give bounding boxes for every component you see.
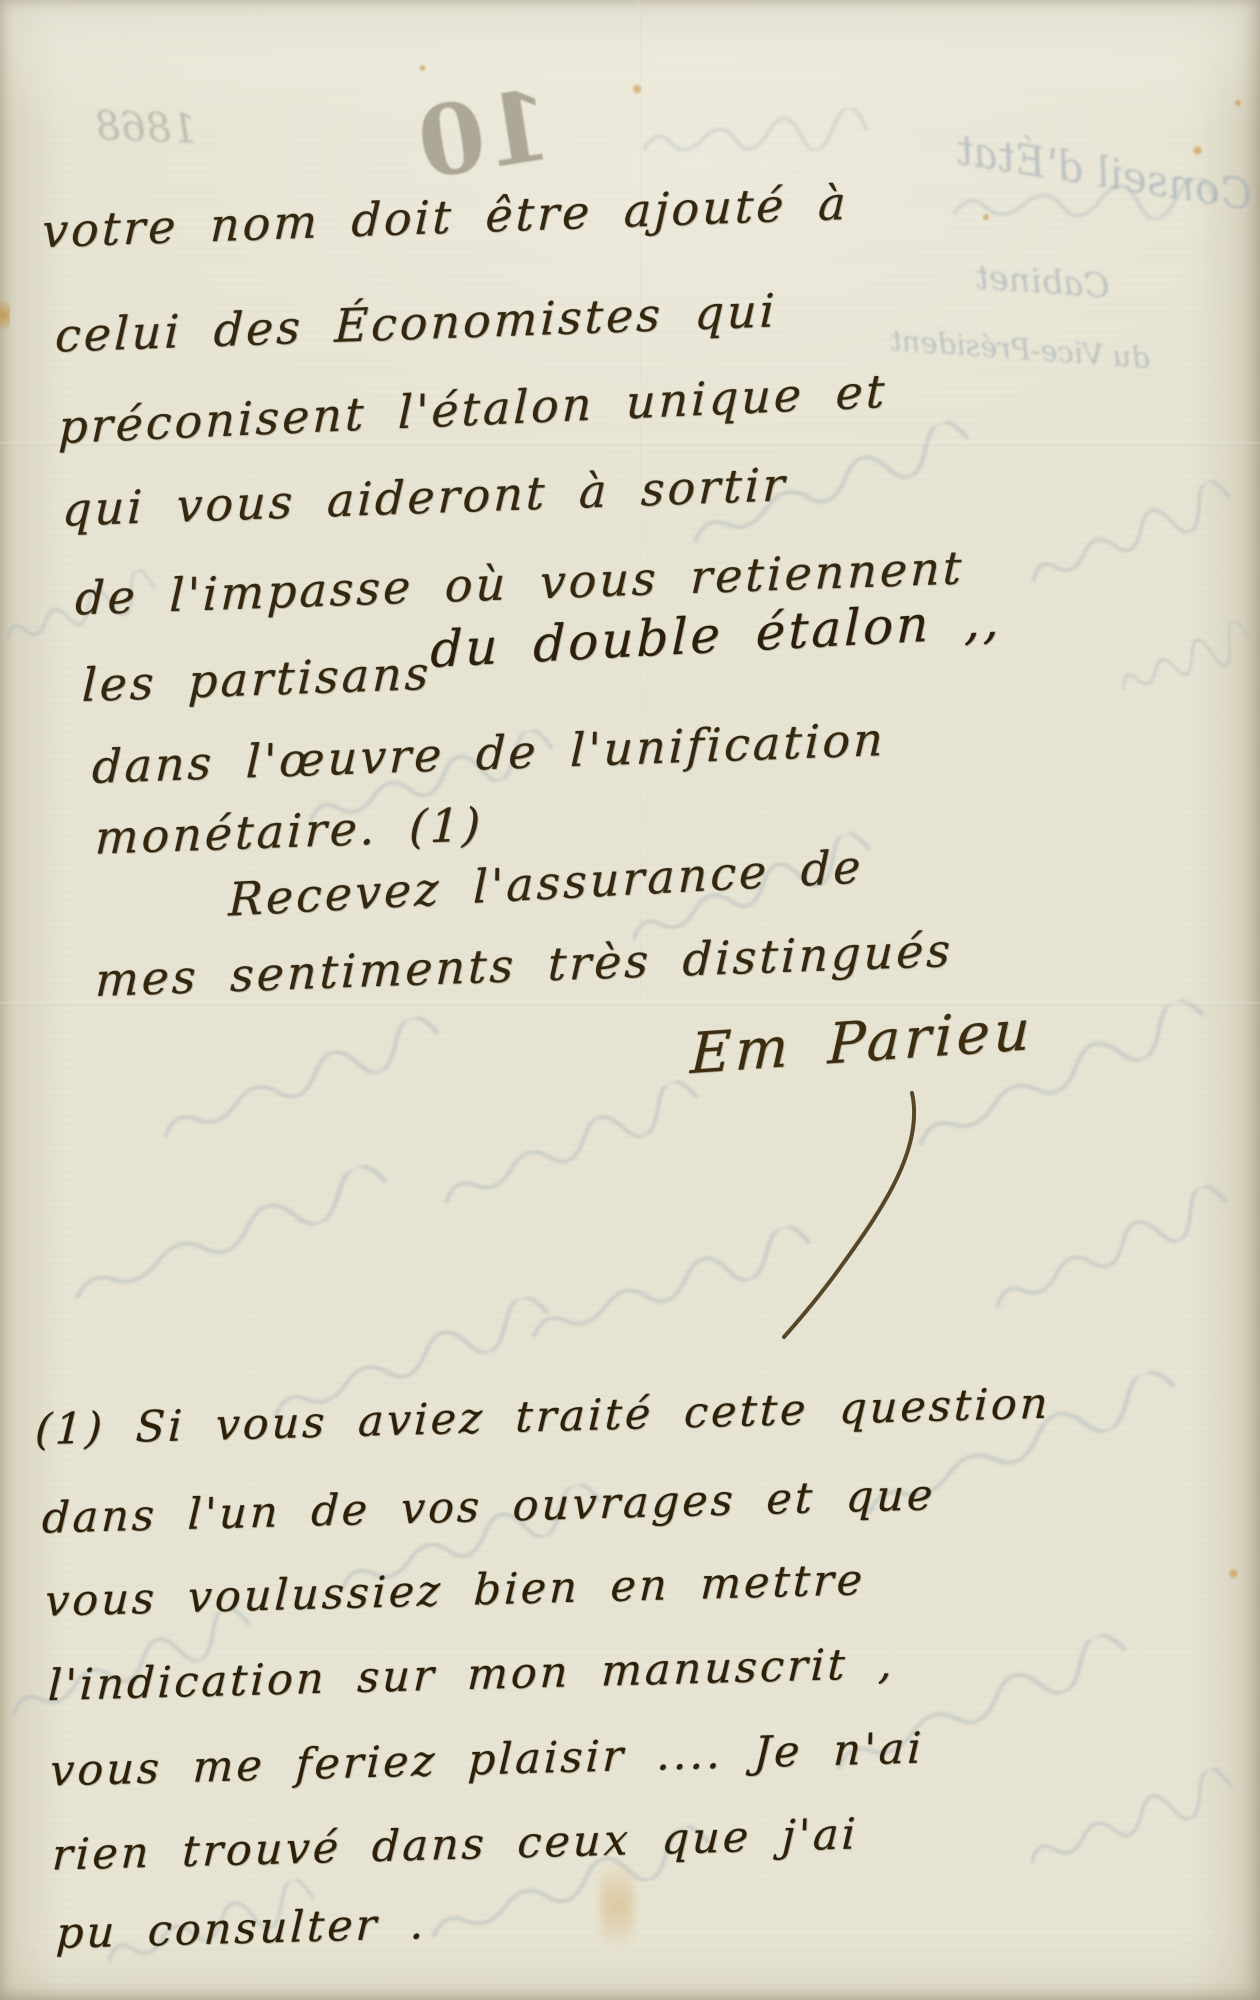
- handwritten-line: les partisans: [81, 646, 432, 712]
- bleed-through-stroke: [63, 1158, 396, 1312]
- bleed-through-stroke: [1021, 475, 1240, 595]
- handwritten-line: celui des Économistes qui: [54, 283, 778, 362]
- foxing-spot: [632, 83, 642, 95]
- postscript-line: pu consulter .: [55, 1899, 428, 1959]
- bleedthrough-letterhead-line3: du Vice-Président: [889, 323, 1151, 375]
- handwritten-line: monétaire. (1): [94, 797, 484, 865]
- handwritten-line: préconisent l'étalon unique et: [58, 364, 888, 454]
- bleed-through-stroke: [949, 177, 1220, 226]
- foxing-spot: [419, 64, 426, 72]
- bleed-through-stroke: [983, 1179, 1237, 1321]
- foxing-spot: [0, 295, 10, 335]
- foxing-spot: [1234, 99, 1242, 107]
- signature-flourish: [772, 1085, 922, 1345]
- foxing-spot: [1192, 145, 1203, 156]
- closing-line: mes sentiments très distingués: [94, 923, 954, 1007]
- bleed-through-stroke: [1020, 1764, 1240, 1877]
- bleed-through-stroke: [639, 107, 871, 163]
- postscript-line: vous voulussiez bien en mettre: [44, 1555, 866, 1627]
- foxing-spot: [1228, 1568, 1239, 1579]
- bleedthrough-letterhead-line2: Cabinet: [974, 257, 1111, 306]
- postscript-line: rien trouvé dans ceux que j'ai: [51, 1809, 859, 1880]
- foxing-spot: [982, 213, 990, 221]
- postscript-line: (1) Si vous aviez traité cette question: [34, 1379, 1052, 1456]
- handwritten-line: qui vous aideront à sortir: [61, 457, 788, 536]
- bleed-through-stroke: [152, 1010, 448, 1150]
- bleedthrough-year: 1868: [94, 103, 197, 153]
- bleed-through-stroke: [1112, 617, 1257, 702]
- letter-page: 1868 10 Conseil d'État Cabinet du Vice-P…: [0, 0, 1260, 2000]
- bleedthrough-stamp-numeral: 10: [410, 68, 560, 201]
- signature: Em Parieu: [689, 998, 1035, 1087]
- postscript-line: vous me feriez plaisir .... Je n'ai: [49, 1724, 925, 1797]
- foxing-smudge: [600, 1850, 634, 1960]
- bleed-through-stroke: [433, 1074, 708, 1216]
